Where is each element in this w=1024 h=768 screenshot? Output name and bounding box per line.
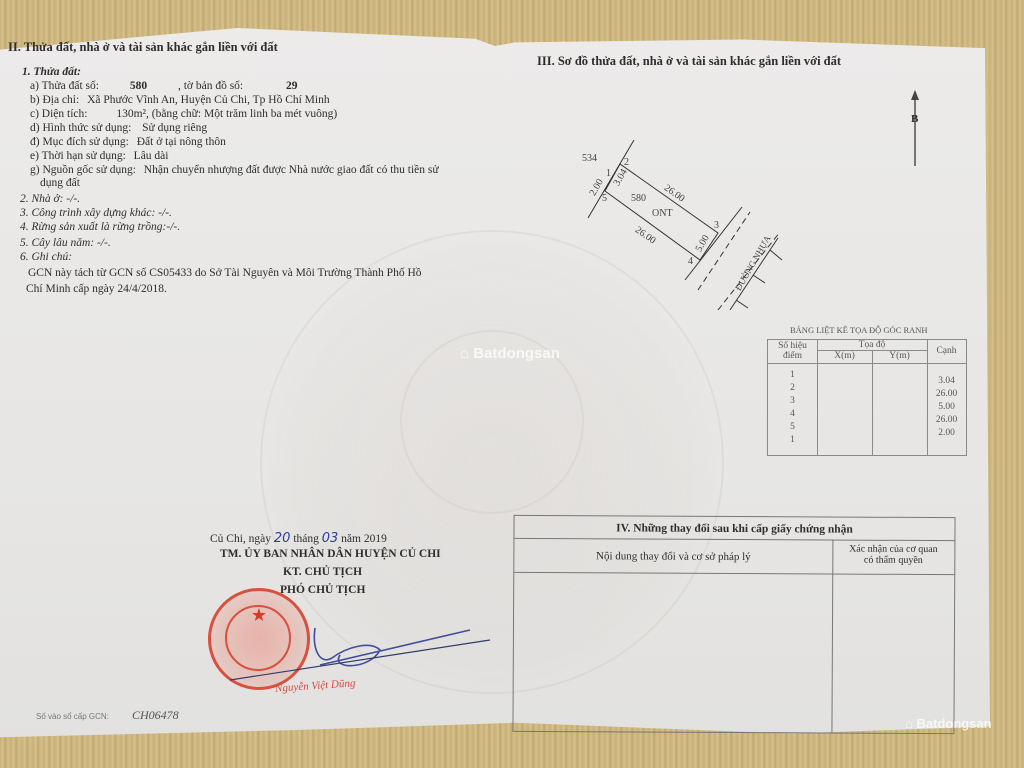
- coord-edge: 26.00: [927, 389, 966, 399]
- use-form-value: Sử dụng riêng: [142, 122, 207, 134]
- watermark-corner: ⌂ Batdongsan: [905, 716, 992, 731]
- coord-table-title: BẢNG LIỆT KÊ TỌA ĐỘ GÓC RANH: [790, 325, 928, 335]
- coord-table: Số hiệu điểm Tọa độ X(m) Y(m) Cạnh 12345…: [767, 339, 967, 456]
- coord-point-1: 1: [768, 370, 817, 380]
- purpose-value: Đất ở tại nông thôn: [137, 136, 226, 148]
- area-value: 130m², (bằng chữ: Một trăm linh ba mét v…: [116, 108, 337, 120]
- origin-value: Nhận chuyển nhượng đất được Nhà nước gia…: [144, 164, 439, 176]
- term-label: e) Thời hạn sử dụng:: [30, 150, 126, 162]
- coord-edge: 2.00: [927, 428, 966, 438]
- use-form-row: d) Hình thức sử dụng: Sử dụng riêng: [30, 122, 207, 134]
- col-confirm-header: Xác nhận của cơ quan có thẩm quyền: [832, 544, 954, 567]
- diagram-point-4: 4: [688, 256, 693, 267]
- date-day: 20: [274, 531, 291, 546]
- signing-org: TM. ỦY BAN NHÂN DÂN HUYỆN CỦ CHI: [220, 548, 441, 560]
- north-label: B: [911, 113, 918, 125]
- col-content-header: Nội dung thay đổi và cơ sở pháp lý: [514, 550, 832, 564]
- place-date: Củ Chi, ngày 20 tháng 03 năm 2019: [210, 531, 387, 546]
- date-year: năm 2019: [341, 533, 387, 545]
- diagram-point-5: 5: [602, 193, 607, 204]
- address-label: b) Địa chỉ:: [30, 94, 79, 106]
- signing-role1: KT. CHỦ TỊCH: [283, 566, 362, 578]
- coord-point-5: 5: [768, 422, 817, 432]
- note-line1: GCN này tách từ GCN số CS05433 do Sở Tài…: [28, 267, 422, 279]
- purpose-row: đ) Mục đích sử dụng: Đất ở tại nông thôn: [30, 136, 226, 148]
- parcel-row: a) Thửa đất số: 580 , tờ bản đồ số: 29: [30, 80, 298, 92]
- place-date-prefix: Củ Chi, ngày: [210, 533, 271, 545]
- diagram-parcel-no: 580: [631, 193, 646, 204]
- watermark-text: Batdongsan: [916, 716, 991, 731]
- use-form-label: d) Hình thức sử dụng:: [30, 122, 131, 134]
- watermark-logo-icon: ⌂: [460, 345, 469, 362]
- coord-edge: 5.00: [927, 402, 966, 412]
- coord-point-3: 3: [768, 396, 817, 406]
- date-month: 03: [322, 531, 339, 546]
- coord-edge: 26.00: [927, 415, 966, 425]
- area-row: c) Diện tích: 130m², (bằng chữ: Một trăm…: [30, 108, 337, 120]
- section2-title: II. Thửa đất, nhà ở và tài sản khác gắn …: [8, 40, 278, 55]
- item6-title: 6. Ghi chú:: [20, 251, 72, 263]
- origin-row: g) Nguồn gốc sử dụng: Nhận chuyển nhượng…: [30, 164, 439, 176]
- watermark-logo-icon: ⌂: [905, 716, 913, 731]
- section3-title: III. Sơ đồ thửa đất, nhà ở và tài sản kh…: [537, 54, 841, 69]
- purpose-label: đ) Mục đích sử dụng:: [30, 136, 129, 148]
- date-month-label: tháng: [293, 533, 319, 545]
- term-value: Lâu dài: [134, 150, 169, 162]
- item3-other-construction: 3. Công trình xây dựng khác: -/-.: [20, 207, 172, 219]
- watermark-center: ⌂ Batdongsan: [460, 345, 560, 362]
- watermark-text: Batdongsan: [473, 345, 560, 362]
- address-value: Xã Phước Vĩnh An, Huyện Củ Chi, Tp Hồ Ch…: [87, 94, 330, 106]
- map-sheet-no: 29: [286, 80, 298, 92]
- coord-edge: 3.04: [927, 376, 966, 386]
- origin-value-cont: dụng đất: [40, 177, 80, 189]
- changes-table: IV. Những thay đổi sau khi cấp giấy chứn…: [512, 515, 955, 734]
- diagram-point-1: 1: [606, 168, 611, 179]
- address-row: b) Địa chỉ: Xã Phước Vĩnh An, Huyện Củ C…: [30, 94, 330, 106]
- coord-point-4: 4: [768, 409, 817, 419]
- col-confirm-line1: Xác nhận của cơ quan: [832, 544, 954, 556]
- item4-forest: 4. Rừng sản xuất là rừng trồng:-/-.: [20, 221, 180, 233]
- term-row: e) Thời hạn sử dụng: Lâu dài: [30, 150, 168, 162]
- map-sheet-label: , tờ bản đồ số:: [178, 80, 243, 92]
- note-line2: Chí Minh cấp ngày 24/4/2018.: [26, 283, 167, 295]
- parcel-no: 580: [130, 80, 147, 92]
- item5-perennial: 5. Cây lâu năm: -/-.: [20, 237, 111, 249]
- coord-point-2: 2: [768, 383, 817, 393]
- signing-role2: PHÓ CHỦ TỊCH: [280, 584, 365, 596]
- col-coord-header: Tọa độ: [817, 340, 927, 350]
- diagram-land-type: ONT: [652, 208, 673, 219]
- col-y-header: Y(m): [872, 351, 927, 361]
- col-point-header: Số hiệu điểm: [768, 341, 817, 361]
- item1-title: 1. Thửa đất:: [22, 66, 81, 78]
- item2-house: 2. Nhà ở: -/-.: [20, 193, 80, 205]
- section4-title: IV. Những thay đổi sau khi cấp giấy chứn…: [514, 522, 954, 536]
- parcel-diagram: [560, 140, 800, 310]
- diagram-point-3: 3: [714, 220, 719, 231]
- origin-label: g) Nguồn gốc sử dụng:: [30, 164, 136, 176]
- coord-point-1: 1: [768, 435, 817, 445]
- col-x-header: X(m): [817, 351, 872, 361]
- col-edge-header: Cạnh: [927, 346, 966, 356]
- diagram-point-2: 2: [624, 157, 629, 168]
- register-label: Số vào sổ cấp GCN:: [36, 712, 109, 721]
- neighbor-parcel: 534: [582, 153, 597, 164]
- handwritten-signature: [220, 610, 500, 690]
- area-label: c) Diện tích:: [30, 108, 87, 120]
- parcel-label: a) Thửa đất số:: [30, 80, 99, 92]
- col-confirm-line2: có thẩm quyền: [832, 555, 954, 567]
- north-arrow-icon: [905, 88, 929, 168]
- register-number: CH06478: [132, 708, 179, 723]
